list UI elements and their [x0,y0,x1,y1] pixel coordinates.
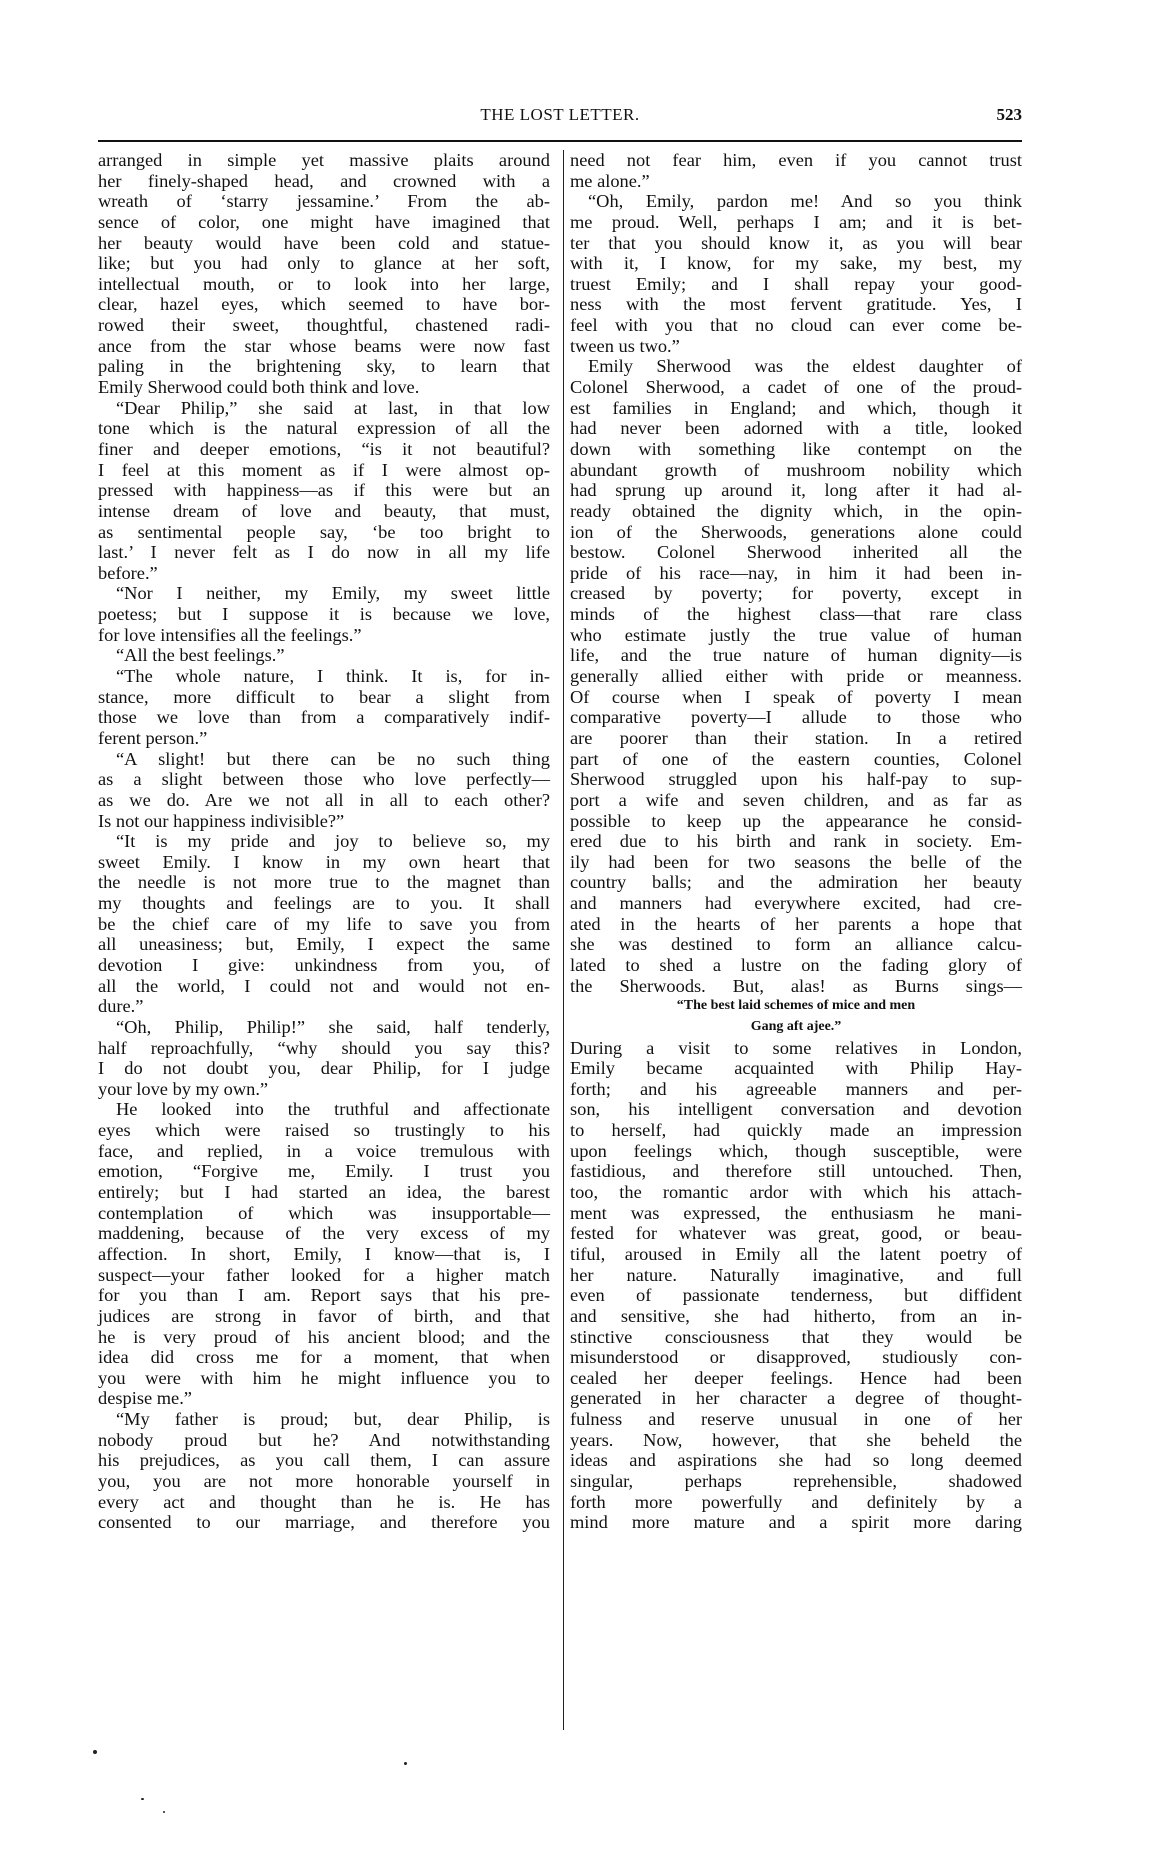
ink-speck [404,1762,407,1765]
page-number: 523 [997,105,1023,125]
text-line: “My father is proud; but, dear Philip, i… [98,1409,550,1430]
text-line: Sherwood struggled upon his half-pay to … [570,769,1022,790]
text-line: her nature. Naturally imaginative, and f… [570,1265,1022,1286]
text-line: wreath of ‘starry jessamine.’ From the a… [98,191,550,212]
text-line: like; but you had only to glance at her … [98,253,550,274]
text-line: “Nor I neither, my Emily, my sweet littl… [98,583,550,604]
text-line: Emily became acquainted with Philip Hay- [570,1058,1022,1079]
text-line: ideas and aspirations she had so long de… [570,1450,1022,1471]
text-line: and manners had everywhere excited, had … [570,893,1022,914]
text-line: years. Now, however, that she beheld the [570,1430,1022,1451]
left-column: arranged in simple yet massive plaits ar… [98,150,550,1533]
text-line: with it, I know, for my sake, my best, m… [570,253,1022,274]
text-line: every act and thought than he is. He has [98,1492,550,1513]
text-line: me proud. Well, perhaps I am; and it is … [570,212,1022,233]
text-line: I feel at this moment as if I were almos… [98,460,550,481]
text-line: his prejudices, as you call them, I can … [98,1450,550,1471]
text-line: ated in the hearts of her parents a hope… [570,914,1022,935]
text-line: need not fear him, even if you cannot tr… [570,150,1022,171]
text-line: rowed their sweet, thoughtful, chastened… [98,315,550,336]
text-line: even of passionate tenderness, but diffi… [570,1285,1022,1306]
text-line: port a wife and seven children, and as f… [570,790,1022,811]
text-line: ered due to his birth and rank in societ… [570,831,1022,852]
text-line: ily had been for two seasons the belle o… [570,852,1022,873]
text-line: truest Emily; and I shall repay your goo… [570,274,1022,295]
text-line: half reproachfully, “why should you say … [98,1038,550,1059]
text-line: maddening, because of the very excess of… [98,1223,550,1244]
text-line: tone which is the natural expression of … [98,418,550,439]
text-line: for love intensifies all the feelings.” [98,625,550,646]
text-line: Is not our happiness indivisible?” [98,811,550,832]
text-line: tiful, aroused in Emily all the latent p… [570,1244,1022,1265]
text-line: During a visit to some relatives in Lond… [570,1038,1022,1059]
text-line: generally allied either with pride or me… [570,666,1022,687]
text-line: cealed her deeper feelings. Hence had be… [570,1368,1022,1389]
text-line: fastidious, and therefore still untouche… [570,1161,1022,1182]
text-line: devotion I give: unkindness from you, of [98,955,550,976]
text-line: stinctive consciousness that they would … [570,1327,1022,1348]
text-line: He looked into the truthful and affectio… [98,1099,550,1120]
text-line: creased by poverty; for poverty, except … [570,583,1022,604]
text-line: fulness and reserve unusual in one of he… [570,1409,1022,1430]
text-line: paling in the brightening sky, to learn … [98,356,550,377]
text-line: face, and replied, in a voice tremulous … [98,1141,550,1162]
text-line: entirely; but I had started an idea, the… [98,1182,550,1203]
header-rule [98,140,1022,142]
text-line: ance from the star whose beams were now … [98,336,550,357]
text-line: poetess; but I suppose it is because we … [98,604,550,625]
text-line: her beauty would have been cold and stat… [98,233,550,254]
text-line: despise me.” [98,1388,550,1409]
text-line: judices are strong in favor of birth, an… [98,1306,550,1327]
text-line: generated in her character a degree of t… [570,1388,1022,1409]
text-line: fested for whatever was great, good, or … [570,1223,1022,1244]
text-line: idea did cross me for a moment, that whe… [98,1347,550,1368]
text-line: for you than I am. Report says that his … [98,1285,550,1306]
text-line: ter that you should know it, as you will… [570,233,1022,254]
text-line: you were with him he might influence you… [98,1368,550,1389]
text-line: dure.” [98,996,550,1017]
text-line: she was destined to form an alliance cal… [570,934,1022,955]
text-line: eyes which were raised so trustingly to … [98,1120,550,1141]
text-line: last.’ I never felt as I do now in all m… [98,542,550,563]
text-line: “All the best feelings.” [98,645,550,666]
text-line: mind more mature and a spirit more darin… [570,1512,1022,1533]
text-line: est families in England; and which, thou… [570,398,1022,419]
text-line: intellectual mouth, or to look into her … [98,274,550,295]
text-line: sence of color, one might have imagined … [98,212,550,233]
text-line: me alone.” [570,171,1022,192]
column-divider [563,150,564,1730]
text-line: Emily Sherwood could both think and love… [98,377,550,398]
text-line: “It is my pride and joy to believe so, m… [98,831,550,852]
text-line: comparative poverty—I allude to those wh… [570,707,1022,728]
text-line: as a slight between those who love perfe… [98,769,550,790]
right-column: need not fear him, even if you cannot tr… [570,150,1022,1533]
text-line: suspect—your father looked for a higher … [98,1265,550,1286]
text-line: forth more powerfully and definitely by … [570,1492,1022,1513]
text-line: possible to keep up the appearance he co… [570,811,1022,832]
text-line: part of one of the eastern counties, Col… [570,749,1022,770]
text-line: arranged in simple yet massive plaits ar… [98,150,550,171]
text-line: to herself, had quickly made an impressi… [570,1120,1022,1141]
text-line: my thoughts and feelings are to you. It … [98,893,550,914]
text-line: down with something like contempt on the [570,439,1022,460]
text-line: had sprung up around it, long after it h… [570,480,1022,501]
text-line: had never been adorned with a title, loo… [570,418,1022,439]
text-line: nobody proud but he? And notwithstanding [98,1430,550,1451]
scanned-page: THE LOST LETTER. 523 arranged in simple … [0,0,1176,1850]
text-line: upon feelings which, though susceptible,… [570,1141,1022,1162]
text-line: “A slight! but there can be no such thin… [98,749,550,770]
text-line: feel with you that no cloud can ever com… [570,315,1022,336]
ink-speck [163,1811,165,1813]
text-line: ness with the most fervent gratitude. Ye… [570,294,1022,315]
text-line: all the world, I could not and would not… [98,976,550,997]
text-line: son, his intelligent conversation and de… [570,1099,1022,1120]
text-line: Emily Sherwood was the eldest daughter o… [570,356,1022,377]
text-line: tween us two.” [570,336,1022,357]
text-line: too, the romantic ardor with which his a… [570,1182,1022,1203]
text-line: are poorer than their station. In a reti… [570,728,1022,749]
text-line: Of course when I speak of poverty I mean [570,687,1022,708]
running-head: THE LOST LETTER. 523 [98,99,1022,129]
text-line: minds of the highest class—that rare cla… [570,604,1022,625]
text-line: pride of his race—nay, in him it had bee… [570,563,1022,584]
text-line: “Dear Philip,” she said at last, in that… [98,398,550,419]
text-line: her finely-shaped head, and crowned with… [98,171,550,192]
text-line: affection. In short, Emily, I know—that … [98,1244,550,1265]
running-title: THE LOST LETTER. [98,105,1022,125]
text-line: and sensitive, she had hitherto, from an… [570,1306,1022,1327]
text-line: ment was expressed, the enthusiasm he ma… [570,1203,1022,1224]
text-line: lated to shed a lustre on the fading glo… [570,955,1022,976]
text-line: “The best laid schemes of mice and men [570,996,1022,1017]
text-line: ion of the Sherwoods, generations alone … [570,522,1022,543]
text-line: Colonel Sherwood, a cadet of one of the … [570,377,1022,398]
text-line: intense dream of love and beauty, that m… [98,501,550,522]
text-line: contemplation of which was insupportable… [98,1203,550,1224]
text-line: singular, perhaps reprehensible, shadowe… [570,1471,1022,1492]
text-line: all uneasiness; but, Emily, I expect the… [98,934,550,955]
text-line: forth; and his agreeable manners and per… [570,1079,1022,1100]
text-line: the needle is not more true to the magne… [98,872,550,893]
text-line: stance, more difficult to bear a slight … [98,687,550,708]
text-line: country balls; and the admiration her be… [570,872,1022,893]
text-line: ferent person.” [98,728,550,749]
text-line: as sentimental people say, ‘be too brigh… [98,522,550,543]
text-line: consented to our marriage, and therefore… [98,1512,550,1533]
text-line: be the chief care of my life to save you… [98,914,550,935]
text-line: Gang aft ajee.” [570,1017,1022,1038]
text-line: clear, hazel eyes, which seemed to have … [98,294,550,315]
text-line: “The whole nature, I think. It is, for i… [98,666,550,687]
ink-speck [141,1798,144,1800]
text-line: he is very proud of his ancient blood; a… [98,1327,550,1348]
text-line: the Sherwoods. But, alas! as Burns sings… [570,976,1022,997]
text-line: who estimate justly the true value of hu… [570,625,1022,646]
text-line: bestow. Colonel Sherwood inherited all t… [570,542,1022,563]
text-line: as we do. Are we not all in all to each … [98,790,550,811]
text-line: those we love than from a comparatively … [98,707,550,728]
text-line: finer and deeper emotions, “is it not be… [98,439,550,460]
text-line: life, and the true nature of human digni… [570,645,1022,666]
text-line: emotion, “Forgive me, Emily. I trust you [98,1161,550,1182]
text-line: your love by my own.” [98,1079,550,1100]
text-line: abundant growth of mushroom nobility whi… [570,460,1022,481]
text-line: you, you are not more honorable yourself… [98,1471,550,1492]
text-line: pressed with happiness—as if this were b… [98,480,550,501]
text-line: “Oh, Emily, pardon me! And so you think [570,191,1022,212]
ink-speck [93,1750,97,1754]
text-line: ready obtained the dignity which, in the… [570,501,1022,522]
text-line: misunderstood or disapproved, studiously… [570,1347,1022,1368]
text-line: “Oh, Philip, Philip!” she said, half ten… [98,1017,550,1038]
text-line: I do not doubt you, dear Philip, for I j… [98,1058,550,1079]
text-line: before.” [98,563,550,584]
text-line: sweet Emily. I know in my own heart that [98,852,550,873]
